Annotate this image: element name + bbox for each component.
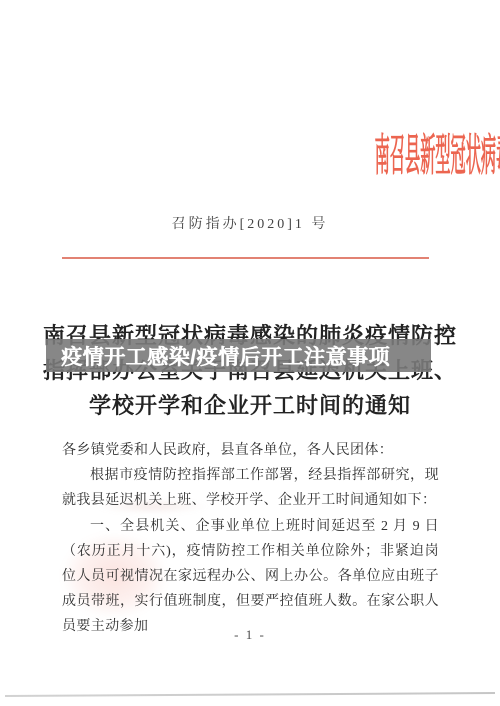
red-separator-line [62,257,429,259]
page-bottom-edge [5,692,495,697]
body-paragraph-item-1: 一、全县机关、企事业单位上班时间延迟至 2 月 9 日（农历正月十六)，疫情防控… [62,514,439,640]
red-header-banner-text: 南召县新型冠状病毒感染的肺炎疫情防控指挥部办公室文件 [375,130,500,182]
body-paragraph-intro: 根据市疫情防控指挥部工作部署，经县指挥部研究，现就我县延迟机关上班、学校开学、企… [62,463,439,513]
body-paragraph-salutation: 各乡镇党委和人民政府，县直各单位，各人民团体： [62,438,439,463]
notice-title-line-3: 学校开学和企业开工时间的通知 [0,388,500,423]
watermark-overlay-band: 疫情开工感染/疫情后开工注意事项 [46,339,431,372]
red-header-banner: 南召县新型冠状病毒感染的肺炎疫情防控指挥部办公室文件 [0,130,500,182]
document-number: 召防指办[2020]1 号 [0,213,500,233]
notice-body: 各乡镇党委和人民政府，县直各单位，各人民团体： 根据市疫情防控指挥部工作部署，经… [62,438,439,640]
document-page: 南召县新型冠状病毒感染的肺炎疫情防控指挥部办公室文件 召防指办[2020]1 号… [0,0,500,706]
watermark-overlay-text: 疫情开工感染/疫情后开工注意事项 [61,341,390,371]
